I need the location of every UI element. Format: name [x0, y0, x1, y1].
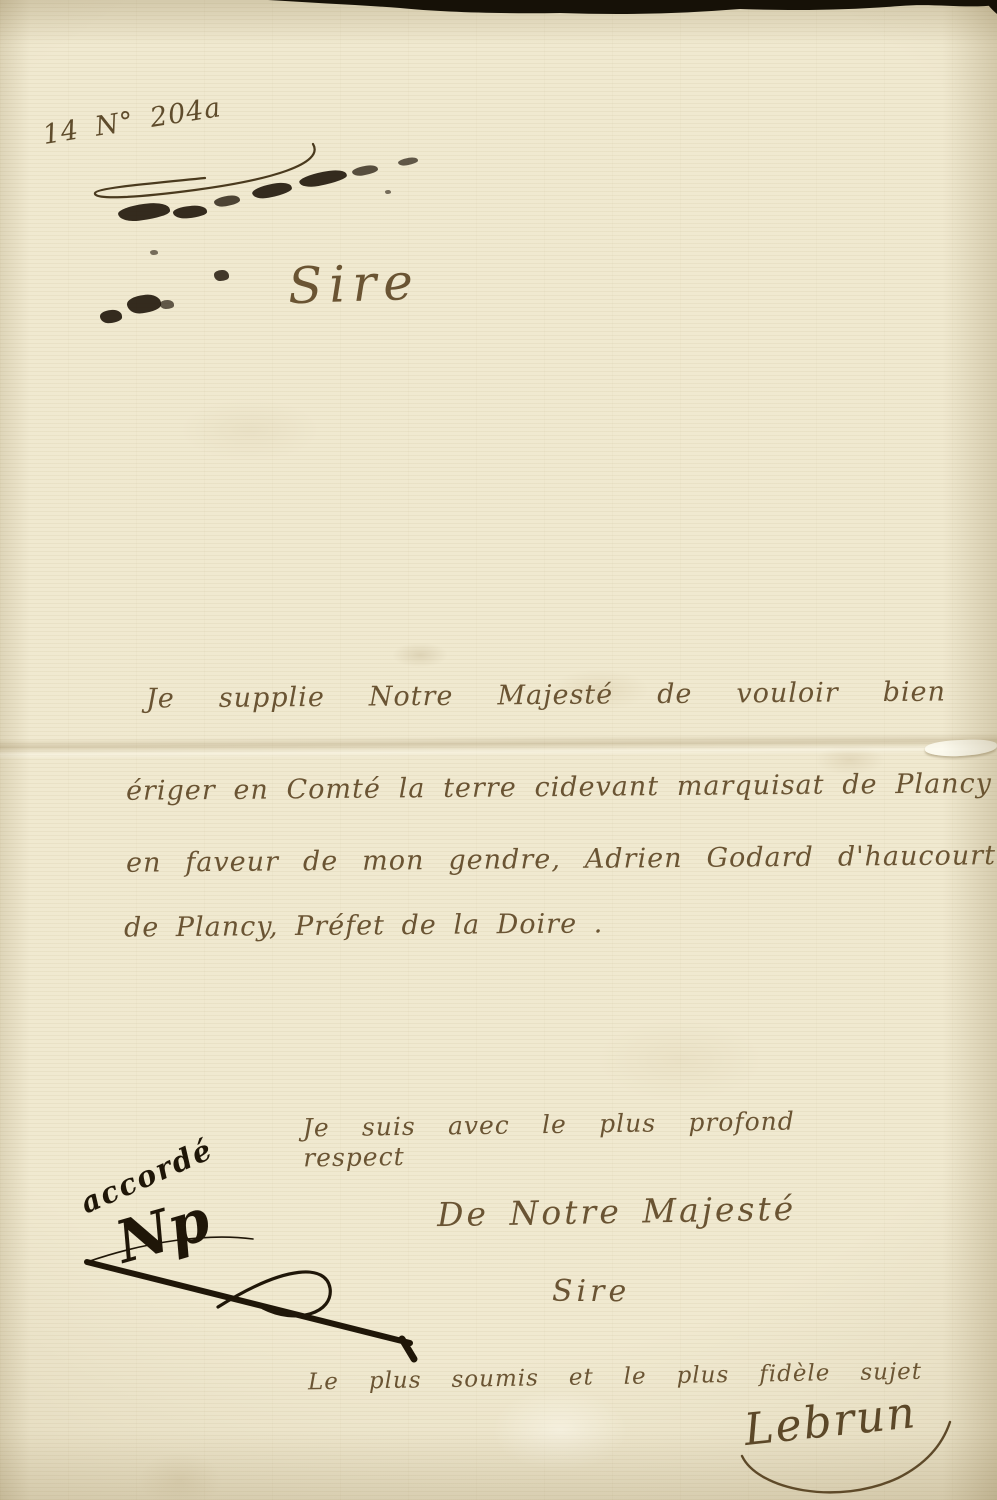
ink-blot	[385, 190, 391, 194]
ink-blot	[160, 300, 174, 309]
ink-blot	[150, 250, 158, 255]
closing-majesty-line: De Notre Majesté	[437, 1189, 797, 1235]
ink-blot	[126, 293, 162, 314]
body-line: ériger en Comté la terre cidevant marqui…	[126, 768, 992, 808]
napoleon-approval: accordé Np	[58, 1145, 438, 1385]
ink-blot	[214, 270, 229, 281]
body-line: Je supplie Notre Majesté de vouloir bien	[146, 677, 946, 716]
body-line: en faveur de mon gendre, Adrien Godard d…	[126, 840, 996, 880]
ink-blot	[398, 156, 419, 166]
paraph-stroke	[58, 1145, 438, 1385]
body-line: de Plancy, Préfet de la Doire .	[124, 907, 704, 944]
pen-flourish	[85, 138, 335, 218]
letter-photo: 14 N° 204a Sire Je supplie Notre Majesté…	[0, 0, 997, 1500]
ink-blot	[351, 164, 378, 177]
ink-blot	[100, 309, 123, 324]
closing-sire-line: Sire	[552, 1274, 630, 1310]
photo-top-edge	[0, 0, 997, 18]
fold-crease	[0, 733, 997, 759]
signature-flourish	[728, 1398, 968, 1500]
letter-salutation: Sire	[287, 252, 421, 317]
